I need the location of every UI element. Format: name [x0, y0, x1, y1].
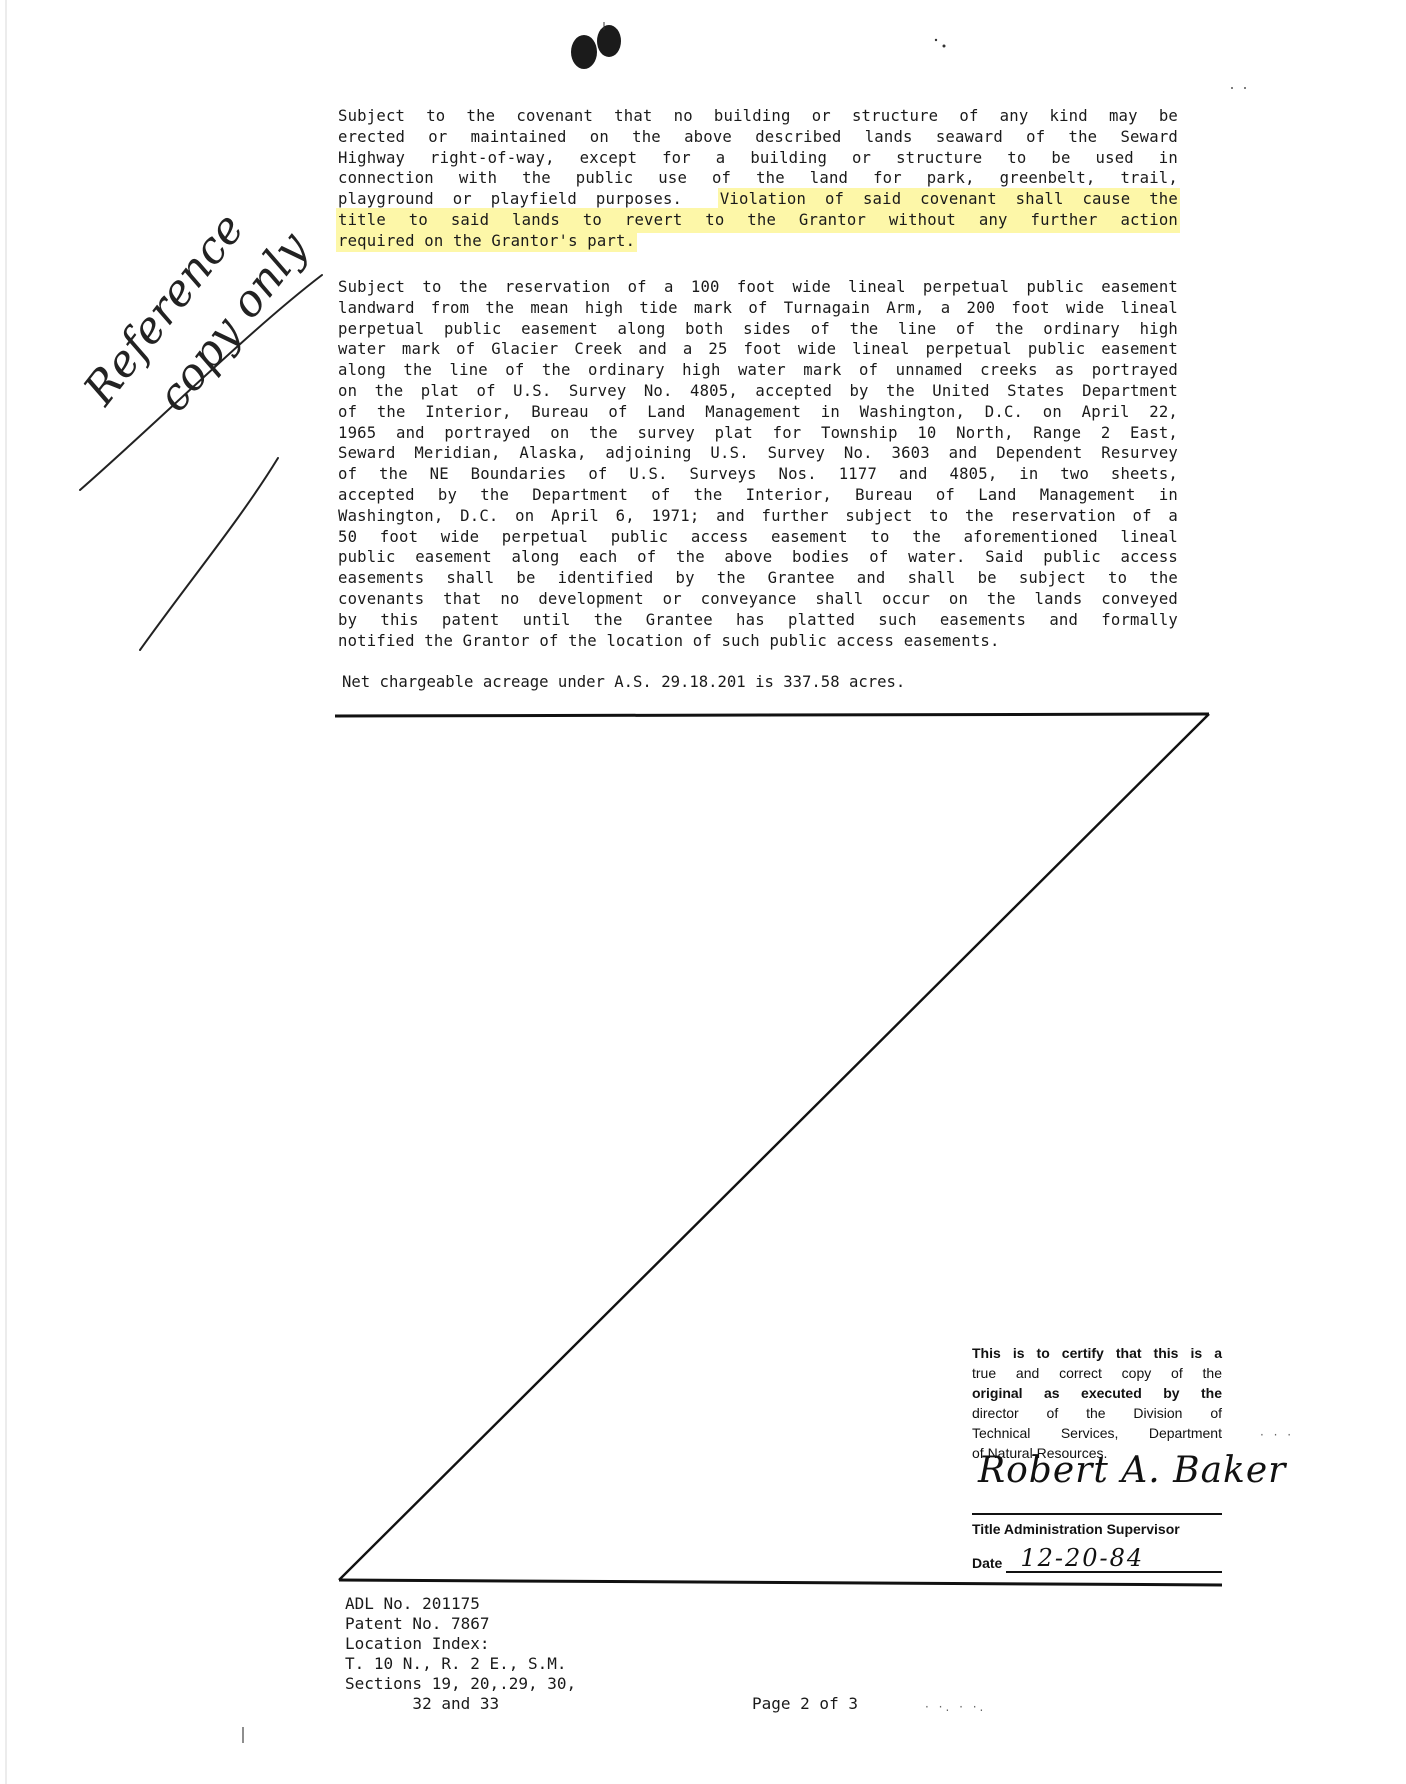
- signature-line: Robert A. Baker: [972, 1465, 1222, 1515]
- text-line: Subject to the reservation of a 100 foot…: [338, 277, 1178, 298]
- text-line: Seward Meridian, Alaska, adjoining U.S. …: [338, 443, 1178, 464]
- text-line: playground or playfield purposes. Violat…: [338, 189, 1178, 210]
- date-row: Date 12-20-84: [972, 1545, 1222, 1573]
- covenant-paragraph: Subject to the covenant that no building…: [338, 106, 1178, 252]
- text-line: of the Interior, Bureau of Land Manageme…: [338, 402, 1178, 423]
- text-line: connection with the public use of the la…: [338, 168, 1178, 189]
- cert-line: This is to certify that this is a: [972, 1343, 1222, 1363]
- text-line: accepted by the Department of the Interi…: [338, 485, 1178, 506]
- highlighted-text: required on the Grantor's part.: [338, 232, 635, 250]
- cert-line: Technical Services, Department: [972, 1423, 1222, 1443]
- document-footer: ADL No. 201175 Patent No. 7867 Location …: [345, 1594, 576, 1714]
- text-line: 50 foot wide perpetual public access eas…: [338, 527, 1178, 548]
- scan-noise: · ·. · ·.: [925, 1700, 986, 1714]
- scan-noise: · · ·: [1260, 1428, 1294, 1442]
- text-line: water mark of Glacier Creek and a 25 foo…: [338, 339, 1178, 360]
- text-line: Washington, D.C. on April 6, 1971; and f…: [338, 506, 1178, 527]
- date-label: Date: [972, 1553, 1002, 1573]
- highlighted-text: title to said lands to revert to the Gra…: [338, 210, 1178, 231]
- text-line: required on the Grantor's part.: [338, 231, 1178, 252]
- text-line: notified the Grantor of the location of …: [338, 631, 1178, 652]
- text-line: of the NE Boundaries of U.S. Surveys Nos…: [338, 464, 1178, 485]
- ink-blot-icon: [571, 22, 621, 69]
- text-line: erected or maintained on the above descr…: [338, 127, 1178, 148]
- date-value: 12-20-84: [1006, 1545, 1222, 1573]
- text-line: easements shall be identified by the Gra…: [338, 568, 1178, 589]
- text-line: Subject to the covenant that no building…: [338, 106, 1178, 127]
- sections: Sections 19, 20,.29, 30,: [345, 1674, 576, 1694]
- text-line: perpetual public easement along both sid…: [338, 319, 1178, 340]
- page-number: Page 2 of 3: [752, 1694, 858, 1713]
- signature: Robert A. Baker: [978, 1461, 1286, 1481]
- cert-line: original as executed by the: [972, 1383, 1222, 1403]
- text-plain: playground or playfield purposes.: [338, 190, 720, 208]
- adl-number: ADL No. 201175: [345, 1594, 576, 1614]
- easement-paragraph: Subject to the reservation of a 100 foot…: [338, 277, 1178, 651]
- sections-continued: 32 and 33: [345, 1694, 576, 1714]
- document-page: Reference copy only Subject to the coven…: [0, 0, 1406, 1784]
- net-acreage-statement: Net chargeable acreage under A.S. 29.18.…: [342, 673, 905, 691]
- text-line: on the plat of U.S. Survey No. 4805, acc…: [338, 381, 1178, 402]
- text-line: by this patent until the Grantee has pla…: [338, 610, 1178, 631]
- cert-line: true and correct copy of the: [972, 1363, 1222, 1383]
- text-line: landward from the mean high tide mark of…: [338, 298, 1178, 319]
- signer-title: Title Administration Supervisor: [972, 1519, 1222, 1539]
- text-line: public easement along each of the above …: [338, 547, 1178, 568]
- highlighted-text: Violation of said covenant shall cause t…: [720, 190, 1178, 208]
- text-line: Highway right-of-way, except for a build…: [338, 148, 1178, 169]
- township-range: T. 10 N., R. 2 E., S.M.: [345, 1654, 576, 1674]
- cert-line: director of the Division of: [972, 1403, 1222, 1423]
- patent-number: Patent No. 7867: [345, 1614, 576, 1634]
- certification-block: This is to certify that this is a true a…: [972, 1343, 1222, 1573]
- text-line: along the line of the ordinary high wate…: [338, 360, 1178, 381]
- text-line: 1965 and portrayed on the survey plat fo…: [338, 423, 1178, 444]
- location-index-label: Location Index:: [345, 1634, 576, 1654]
- text-line: covenants that no development or conveya…: [338, 589, 1178, 610]
